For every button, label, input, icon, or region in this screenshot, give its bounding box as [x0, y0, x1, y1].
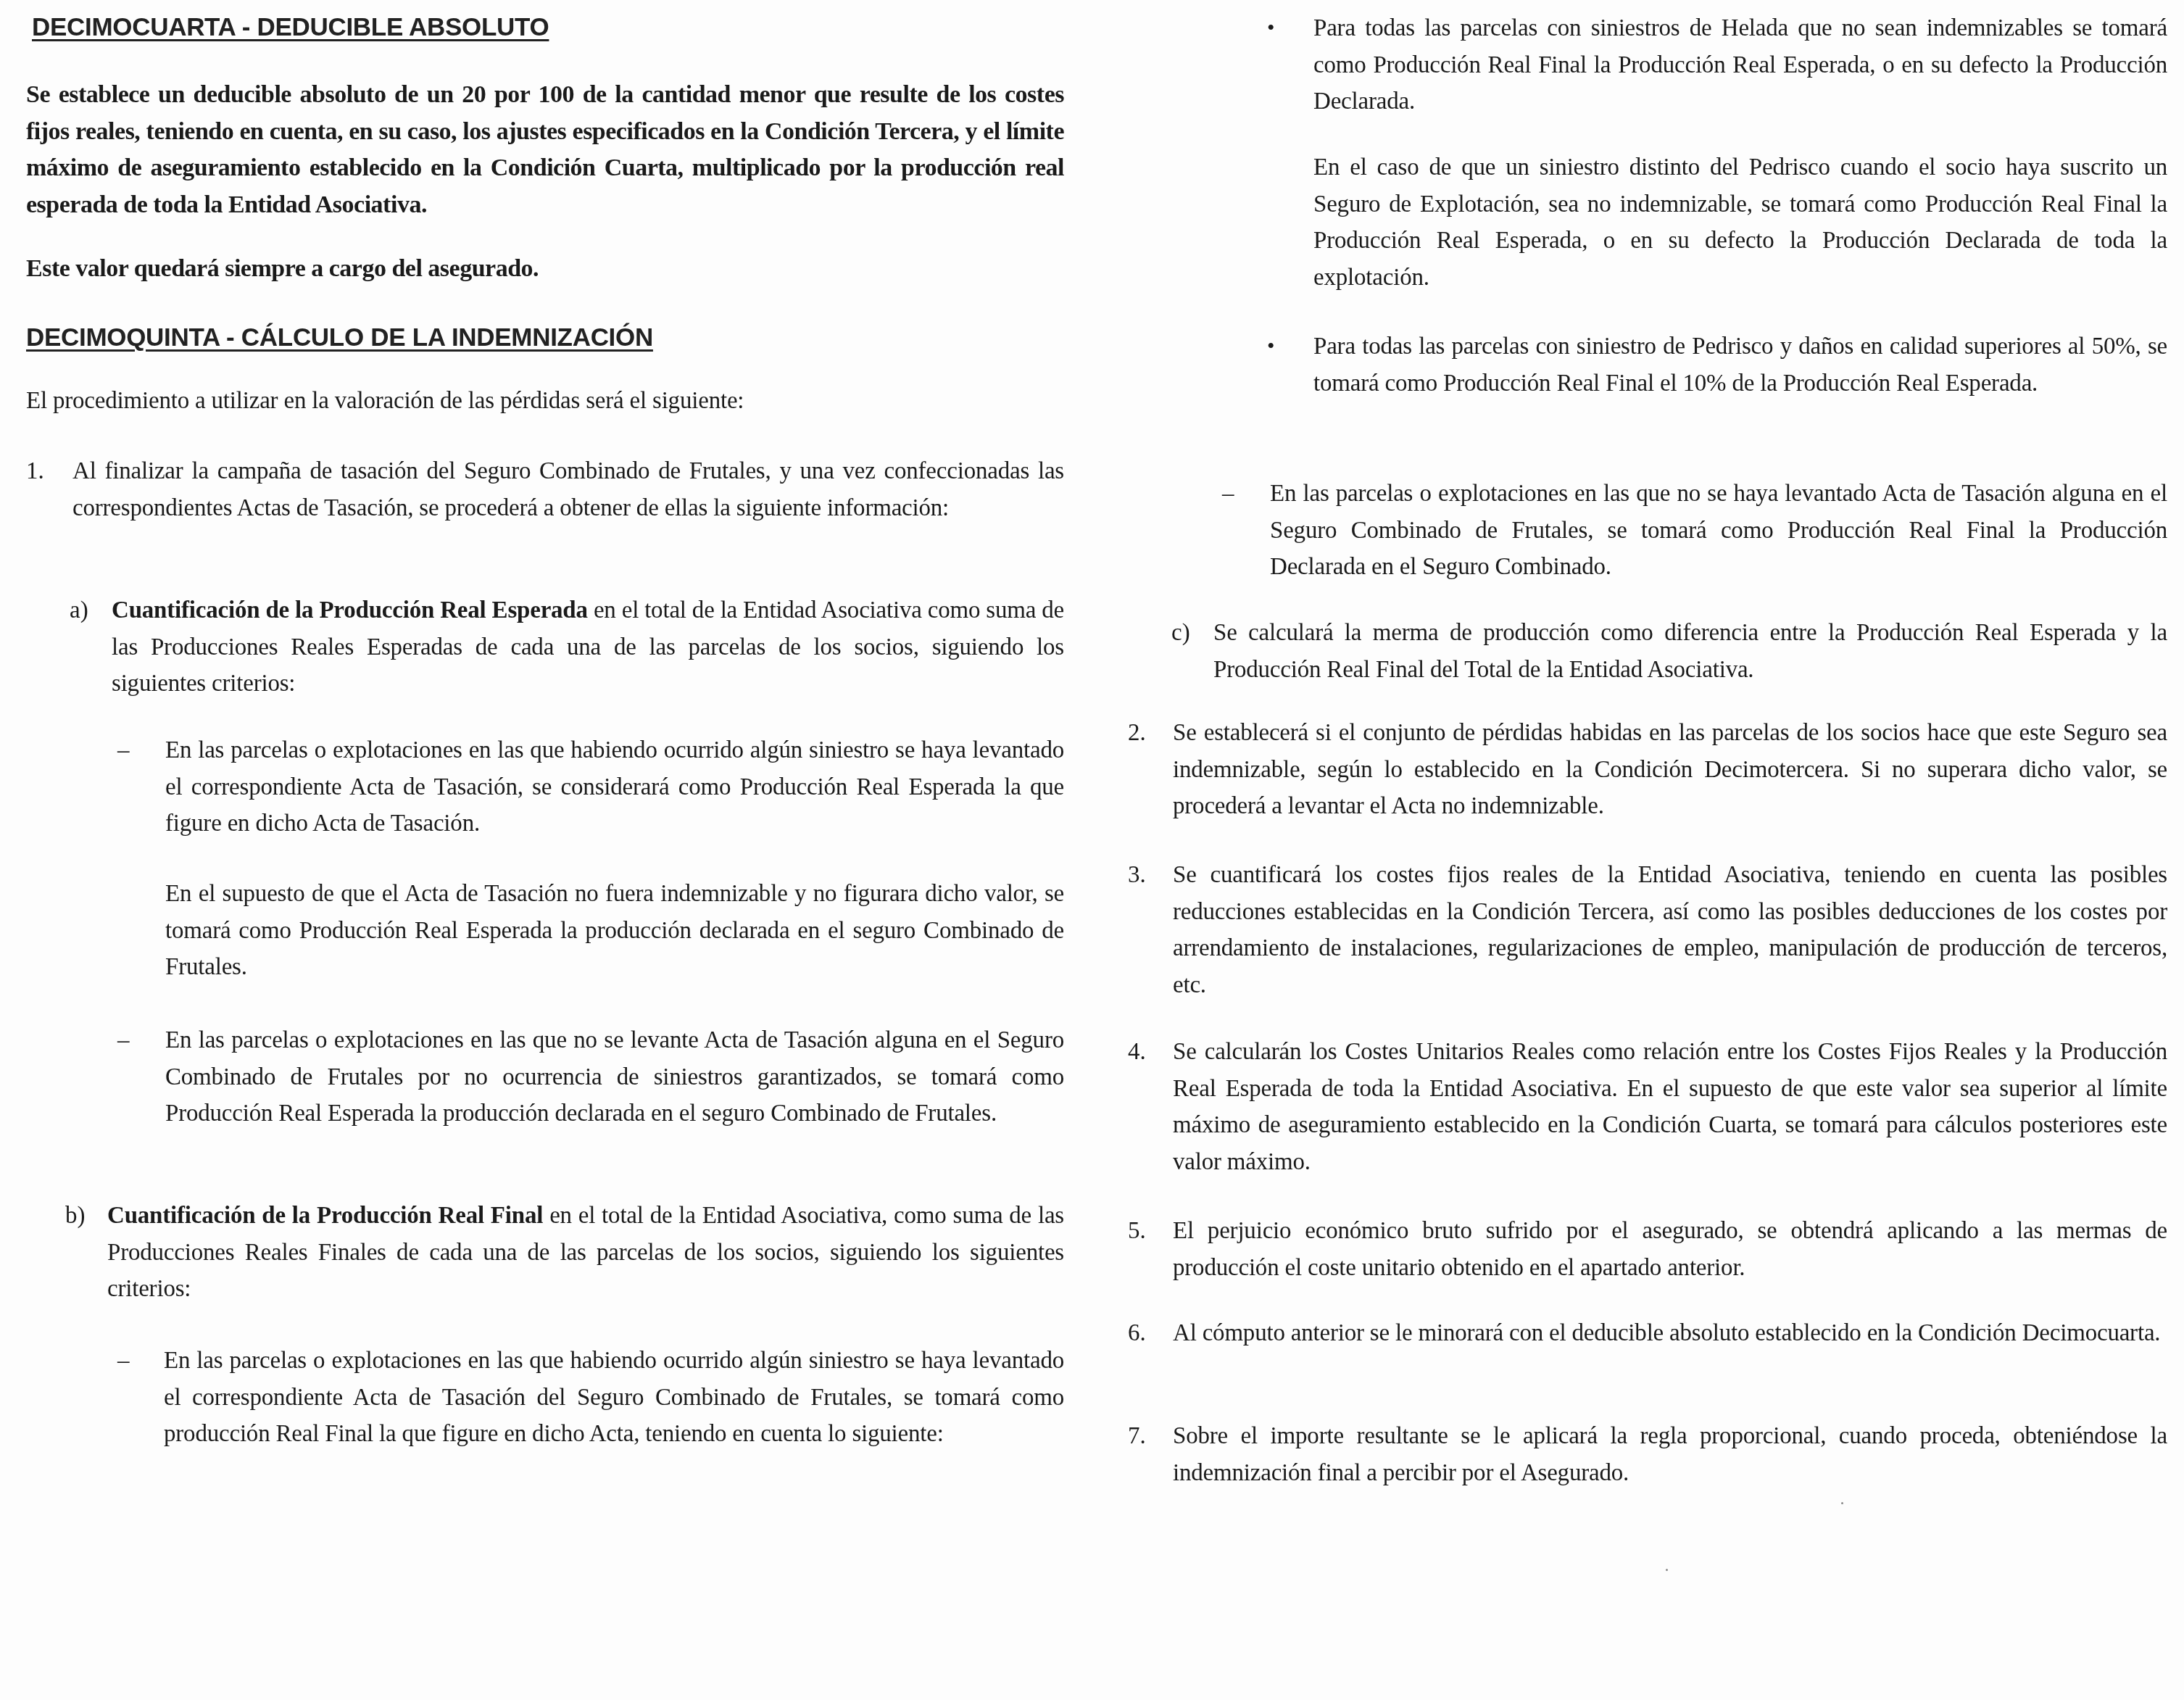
list-item-6: Al cómputo anterior se le minorará con e…: [1173, 1315, 2167, 1352]
list-item-c: Se calculará la merma de producción como…: [1213, 615, 2167, 688]
scanned-document-page: DECIMOCUARTA - DEDUCIBLE ABSOLUTO Se est…: [0, 0, 2184, 1700]
list-item-b: Cuantificación de la Producción Real Fin…: [107, 1198, 1064, 1308]
list-item-3: Se cuantificará los costes fijos reales …: [1173, 857, 2167, 1003]
dash-marker: –: [117, 732, 130, 769]
list-item-a: Cuantificación de la Producción Real Esp…: [112, 592, 1064, 702]
list-marker-4: 4.: [1128, 1034, 1146, 1071]
cargo-asegurado-paragraph: Este valor quedará siempre a cargo del a…: [26, 251, 1064, 288]
list-marker-6: 6.: [1128, 1315, 1146, 1352]
list-item-a-title: Cuantificación de la Producción Real Esp…: [112, 597, 588, 623]
list-item-2: Se establecerá si el conjunto de pérdida…: [1173, 715, 2167, 825]
bullet-helada-note: En el caso de que un siniestro distinto …: [1313, 149, 2167, 296]
list-marker-5: 5.: [1128, 1213, 1146, 1250]
list-item-4: Se calcularán los Costes Unitarios Reale…: [1173, 1034, 2167, 1180]
criteria-a-1: En las parcelas o explotaciones en las q…: [165, 732, 1064, 842]
scan-speck: [1841, 1502, 1843, 1504]
section-heading-decimoquinta: DECIMOQUINTA - CÁLCULO DE LA INDEMNIZACI…: [26, 323, 653, 352]
list-marker-2: 2.: [1128, 715, 1146, 752]
criteria-b-1: En las parcelas o explotaciones en las q…: [164, 1343, 1064, 1453]
bullet-helada: Para todas las parcelas con siniestros d…: [1313, 10, 2167, 120]
dash-marker: –: [1222, 476, 1234, 513]
bullet-pedrisco: Para todas las parcelas con siniestro de…: [1313, 328, 2167, 402]
list-marker-b: b): [65, 1198, 86, 1235]
list-item-7: Sobre el importe resultante se le aplica…: [1173, 1418, 2167, 1491]
criteria-b-2: En las parcelas o explotaciones en las q…: [1270, 476, 2167, 586]
bullet-marker: •: [1267, 10, 1275, 47]
dash-marker: –: [117, 1022, 130, 1059]
procedure-intro: El procedimiento a utilizar en la valora…: [26, 383, 1064, 420]
list-marker-3: 3.: [1128, 857, 1146, 894]
list-marker-1: 1.: [26, 453, 44, 490]
scan-speck: [1666, 1569, 1668, 1571]
list-marker-a: a): [70, 592, 88, 629]
list-item-1: Al finalizar la campaña de tasación del …: [72, 453, 1064, 526]
list-item-5: El perjuicio económico bruto sufrido por…: [1173, 1213, 2167, 1286]
criteria-a-2: En las parcelas o explotaciones en las q…: [165, 1022, 1064, 1132]
bullet-marker: •: [1267, 328, 1275, 365]
list-marker-7: 7.: [1128, 1418, 1146, 1455]
dash-marker: –: [117, 1343, 130, 1380]
deducible-paragraph: Se establece un deducible absoluto de un…: [26, 77, 1064, 223]
list-marker-c: c): [1171, 615, 1190, 652]
section-heading-decimocuarta: DECIMOCUARTA - DEDUCIBLE ABSOLUTO: [32, 13, 549, 42]
list-item-b-title: Cuantificación de la Producción Real Fin…: [107, 1203, 543, 1229]
criteria-a-1-note: En el supuesto de que el Acta de Tasació…: [165, 876, 1064, 986]
